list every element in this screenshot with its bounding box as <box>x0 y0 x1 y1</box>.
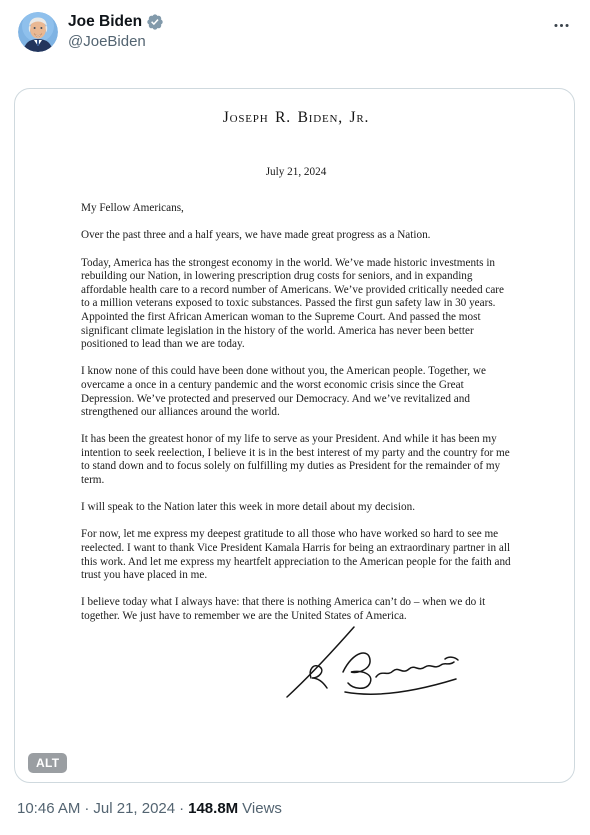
tweet-image-letter[interactable]: Joseph R. Biden, Jr. July 21, 2024 My Fe… <box>14 88 575 783</box>
avatar-photo <box>18 12 58 52</box>
letter-paragraph: Over the past three and a half years, we… <box>81 229 511 243</box>
meta-separator: · <box>179 800 184 817</box>
letterhead: Joseph R. Biden, Jr. <box>81 111 511 125</box>
letter-paragraph: I know none of this could have been done… <box>81 365 511 419</box>
letter-paragraph: I believe today what I always have: that… <box>81 596 511 623</box>
letter-paragraph: It has been the greatest honor of my lif… <box>81 433 511 487</box>
letter-salutation: My Fellow Americans, <box>81 202 511 216</box>
alt-badge[interactable]: ALT <box>28 753 67 773</box>
author-names: Joe Biden @JoeBiden <box>68 12 164 51</box>
views-count: 148.8M <box>188 800 238 817</box>
letter-date: July 21, 2024 <box>81 166 511 180</box>
letter-paragraph: Today, America has the strongest economy… <box>81 257 511 352</box>
more-button[interactable] <box>544 8 578 42</box>
avatar[interactable] <box>18 12 58 52</box>
views-label: Views <box>242 800 282 817</box>
verified-badge-icon <box>146 13 164 31</box>
tweet-header: Joe Biden @JoeBiden <box>18 12 578 52</box>
letter-paragraphs: Over the past three and a half years, we… <box>81 229 511 623</box>
tweet-meta-footer: 10:46 AM·Jul 21, 2024·148.8MViews <box>17 799 282 819</box>
more-dots-icon <box>552 16 571 35</box>
letter-paragraph: For now, let me express my deepest grati… <box>81 528 511 582</box>
meta-separator: · <box>84 800 89 817</box>
author-handle[interactable]: @JoeBiden <box>68 32 164 51</box>
tweet-date: Jul 21, 2024 <box>93 800 175 817</box>
author-name-row[interactable]: Joe Biden <box>68 12 164 31</box>
letter-paragraph: I will speak to the Nation later this we… <box>81 501 511 515</box>
display-name: Joe Biden <box>68 12 142 31</box>
signature-image <box>259 626 474 698</box>
letter-content: Joseph R. Biden, Jr. July 21, 2024 My Fe… <box>15 89 574 782</box>
tweet-time: 10:46 AM <box>17 800 80 817</box>
